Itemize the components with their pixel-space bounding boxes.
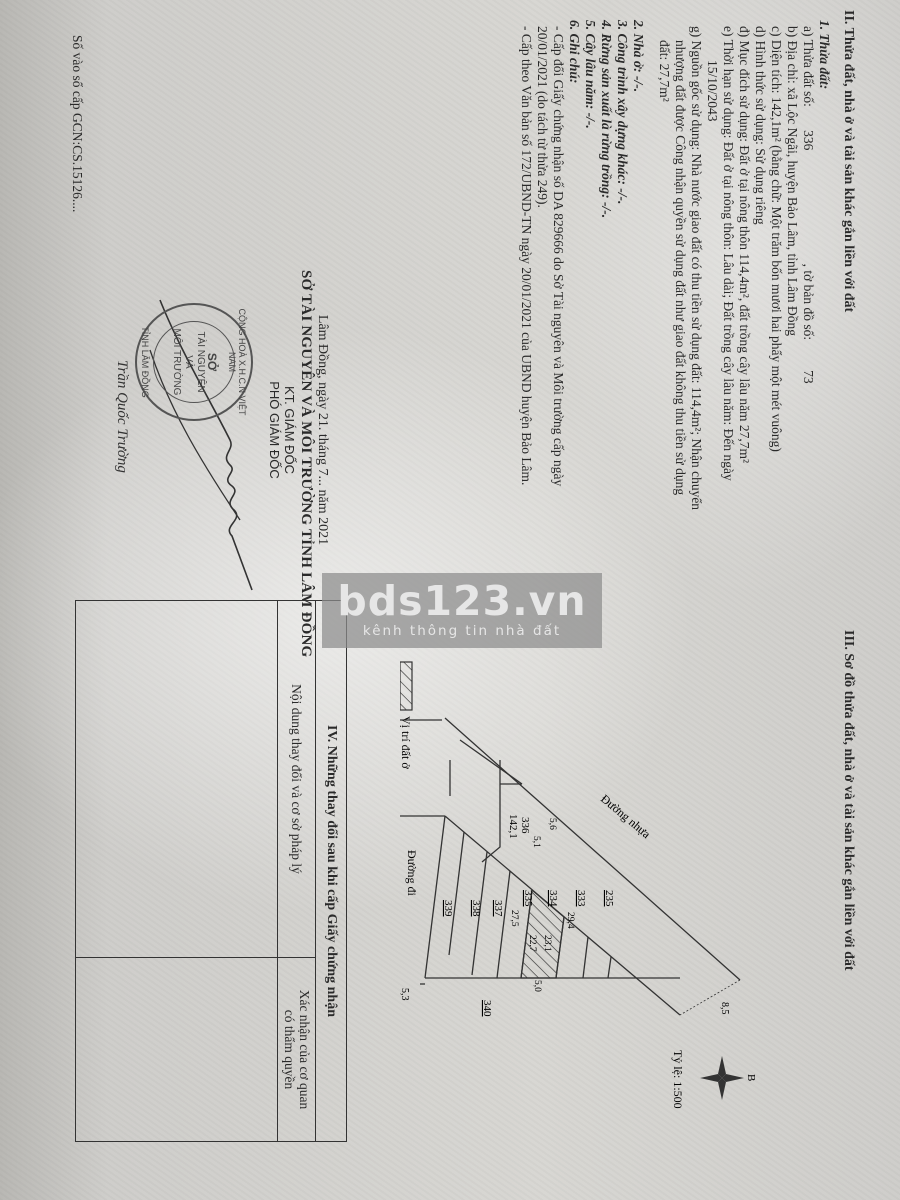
notes-heading: 6. Ghi chú:: [566, 20, 582, 83]
dim: 22,7: [527, 935, 537, 952]
col-header-confirm-line-1: Xác nhận của cơ quan: [297, 990, 312, 1110]
registry-number: Số vào sổ cấp GCN:CS.15126....: [69, 35, 85, 212]
stamp-line: SỞ: [206, 353, 218, 371]
table-divider: [76, 957, 316, 958]
house: 2. Nhà ở: -/-.: [630, 20, 646, 92]
section-4-header: IV. Những thay đổi sau khi cấp Giấy chứn…: [315, 601, 346, 1141]
north-arrow-icon: B: [700, 1056, 757, 1100]
scale-label: Tỷ lệ: 1:500: [671, 1050, 685, 1109]
dim: 5,1: [531, 836, 541, 848]
stamp-center: SỞ TÀI NGUYÊN VÀ MÔI TRƯỜNG: [153, 321, 235, 403]
signature-block: Lâm Đồng, ngày 21. tháng 7... năm 2021 S…: [267, 270, 330, 590]
parcel-number-row: a) Thửa đất số: 336 , tờ bản đồ số: 73: [800, 26, 816, 384]
watermark-tagline: kênh thông tin nhà đất: [322, 623, 602, 639]
stamp-line: MÔI TRƯỜNG: [170, 329, 182, 396]
parcel-label: 337: [492, 900, 504, 917]
col-header-content: Nội dung thay đổi và cơ sở pháp lý: [277, 601, 316, 957]
col-header-confirm-line-2: có thẩm quyền: [282, 1010, 297, 1089]
dim: 5,0: [532, 980, 542, 992]
note-2: - Cấp theo Văn bản số 172/UBND-TN ngày 2…: [518, 26, 534, 485]
parcel-heading: 1. Thửa đất:: [816, 20, 832, 89]
signer-kt: KT. GIÁM ĐỐC: [282, 270, 297, 590]
parcel-diagram: Vị trí đất ở Đường nhựa 8,5: [400, 600, 840, 1200]
watermark-brand: bds123.vn: [322, 579, 602, 623]
planted-forest: 4. Rừng sản xuất là rừng trồng: -/-.: [598, 20, 614, 218]
stamp-line: TÀI NGUYÊN: [194, 331, 206, 392]
parcel-number: 336: [800, 110, 816, 170]
perennial-trees: 5. Cây lâu năm: -/-.: [582, 20, 598, 129]
dim-path-width: 5,3: [400, 988, 410, 1001]
subject-parcel-area: 142,1: [507, 814, 519, 839]
section-3-header: III. Sơ đồ thửa đất, nhà ở và tài sản kh…: [840, 630, 856, 971]
origin-line-1: g) Nguồn gốc sử dụng: Nhà nước giao đất …: [688, 26, 704, 510]
road-path-label: Đường đi: [405, 850, 419, 897]
dim: 23,1: [542, 935, 552, 952]
subject-parcel-id: 336: [519, 817, 531, 834]
official-stamp: CỘNG HOÀ X.H.C.N VIỆT NAM TỈNH LÂM ĐỒNG …: [135, 303, 253, 421]
stamp-line: VÀ: [182, 355, 194, 368]
note-1-line-1: - Cấp đổi Giấy chứng nhận số DA 829666 d…: [550, 26, 566, 486]
watermark: bds123.vn kênh thông tin nhà đất: [322, 573, 602, 648]
map-sheet-label: , tờ bản đồ số:: [801, 264, 816, 341]
parcel-label: 333: [575, 890, 587, 907]
parcel-label: 339: [442, 900, 454, 917]
parcel-label: 334: [547, 890, 559, 907]
area: c) Diện tích: 142,1m² (bằng chữ: Một tră…: [768, 26, 784, 452]
road-paved-label: Đường nhựa: [598, 792, 654, 842]
parcel-label: 235: [603, 890, 615, 907]
note-1-line-2: 20/01/2021 (do tách từ thửa 249).: [534, 26, 550, 208]
issue-date: Lâm Đồng, ngày 21. tháng 7... năm 2021: [314, 270, 330, 590]
issuing-authority: SỞ TÀI NGUYÊN VÀ MÔI TRƯỜNG TỈNH LÂM ĐỒN…: [297, 270, 314, 590]
parcel-label: 338: [470, 900, 482, 917]
origin-line-3: đất: 27,7m²: [656, 40, 672, 102]
dim: 29,4: [565, 912, 575, 929]
address: b) Địa chỉ: xã Lộc Ngãi, huyện Bảo Lâm, …: [784, 26, 800, 336]
dim-road-width: 8,5: [719, 1002, 730, 1015]
changes-table: IV. Những thay đổi sau khi cấp Giấy chứn…: [75, 600, 347, 1142]
col-header-confirm: Xác nhận của cơ quan có thẩm quyền: [277, 958, 316, 1141]
legend-label: Vị trí đất ở: [400, 716, 413, 769]
stamp-ring-bottom: TỈNH LÂM ĐỒNG: [140, 305, 150, 419]
dim: 27,5: [509, 910, 519, 927]
section-2-header: II. Thửa đất, nhà ở và tài sản khác gắn …: [840, 10, 856, 312]
term-line-1: e) Thời hạn sử dụng: Đất ở tại nông thôn…: [720, 26, 736, 481]
legend-swatch: [400, 662, 412, 710]
other-construction: 3. Công trình xây dựng khác: -/-.: [614, 20, 630, 204]
map-sheet-number: 73: [800, 344, 816, 384]
dim: 5,6: [547, 818, 557, 830]
purpose: đ) Mục đích sử dụng: Đất ở tại nông thôn…: [736, 26, 752, 463]
parcel-number-label: a) Thửa đất số:: [801, 26, 816, 107]
signer-name: Trần Quốc Trường: [113, 360, 130, 473]
north-label: B: [745, 1074, 757, 1081]
origin-line-2: nhượng đất được Công nhận quyền sử dụng …: [672, 40, 688, 495]
usage-form: d) Hình thức sử dụng: Sử dụng riêng: [752, 26, 768, 225]
parcel-label: 335: [522, 890, 534, 907]
term-line-2: 15/10/2043: [704, 60, 720, 122]
signer-title: PHÓ GIÁM ĐỐC: [267, 270, 282, 590]
parcel-label: 340: [481, 1000, 493, 1017]
